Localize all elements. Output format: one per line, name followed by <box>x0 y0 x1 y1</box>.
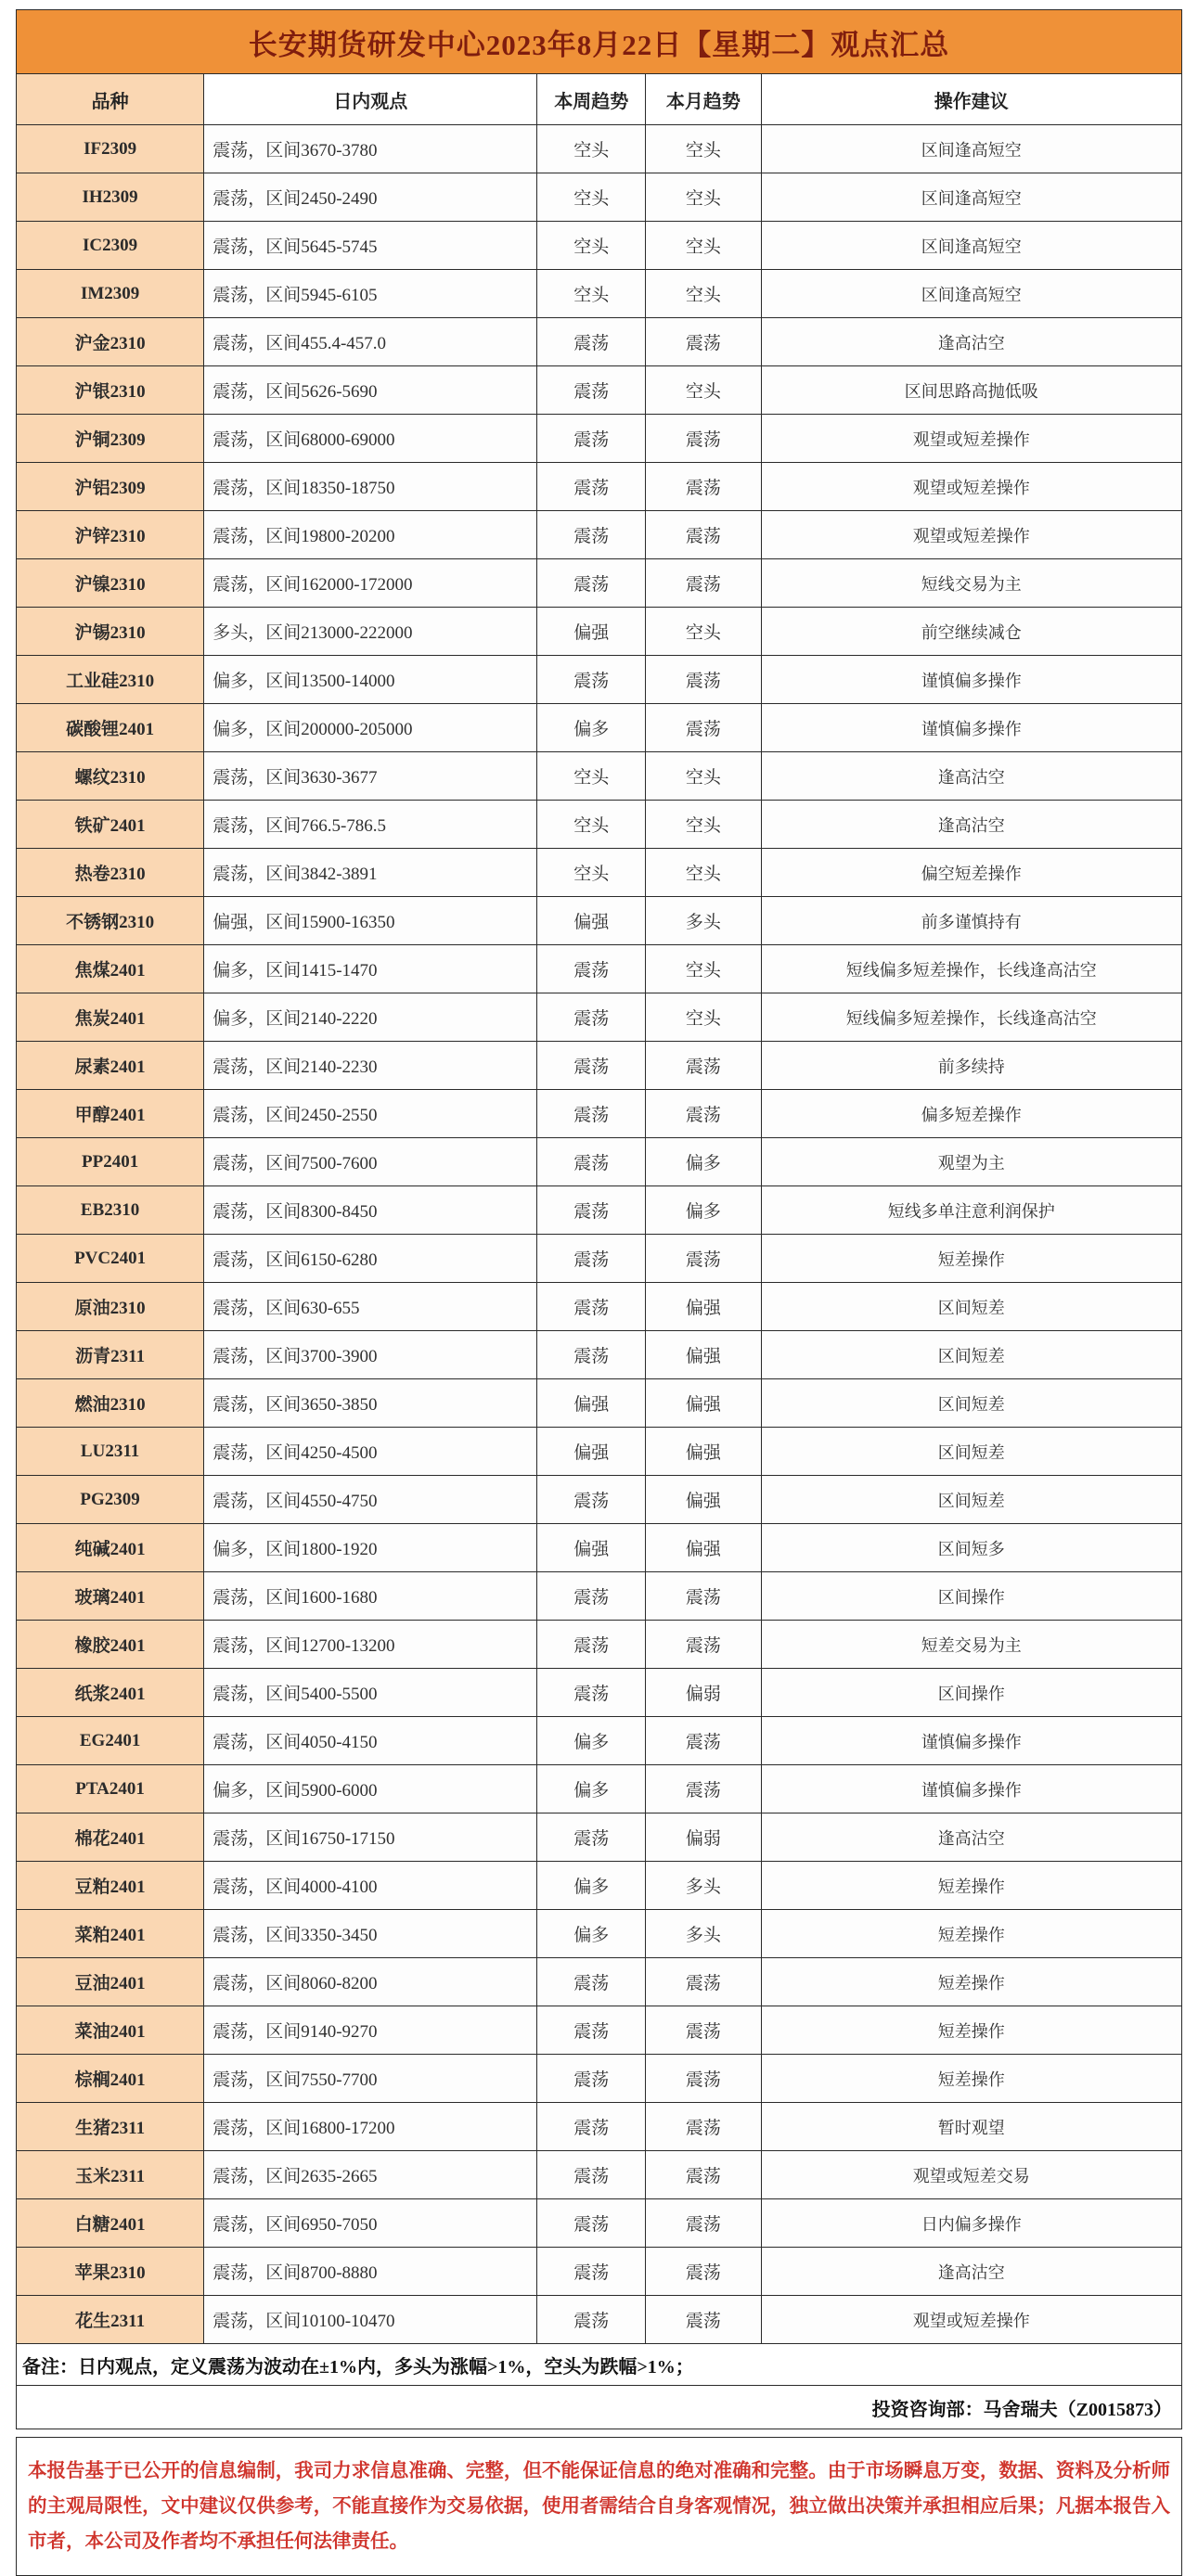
table-row: 工业硅2310偏多，区间13500-14000震荡震荡谨慎偏多操作 <box>17 656 1182 704</box>
table-row: 沪锡2310多头，区间213000-222000偏强空头前空继续减仓 <box>17 608 1182 656</box>
variety-cell: 玉米2311 <box>17 2151 204 2199</box>
week-trend-cell: 震荡 <box>537 366 646 415</box>
week-trend-cell: 空头 <box>537 173 646 222</box>
advice-cell: 谨慎偏多操作 <box>761 656 1181 704</box>
variety-cell: 纯碱2401 <box>17 1524 204 1572</box>
month-trend-cell: 空头 <box>646 993 761 1042</box>
intraday-view-cell: 震荡，区间19800-20200 <box>204 511 537 559</box>
advice-cell: 短差操作 <box>761 2006 1181 2055</box>
advice-cell: 短差操作 <box>761 1862 1181 1910</box>
month-trend-cell: 震荡 <box>646 318 761 366</box>
advice-cell: 逢高沽空 <box>761 2248 1181 2296</box>
week-trend-cell: 空头 <box>537 125 646 173</box>
intraday-view-cell: 震荡，区间16800-17200 <box>204 2103 537 2151</box>
month-trend-cell: 震荡 <box>646 1572 761 1621</box>
variety-cell: 燃油2310 <box>17 1379 204 1428</box>
variety-cell: EB2310 <box>17 1186 204 1235</box>
week-trend-cell: 震荡 <box>537 2055 646 2103</box>
advice-cell: 区间短差 <box>761 1476 1181 1524</box>
week-trend-cell: 震荡 <box>537 2103 646 2151</box>
table-row: IF2309震荡，区间3670-3780空头空头区间逢高短空 <box>17 125 1182 173</box>
variety-cell: 原油2310 <box>17 1283 204 1331</box>
month-trend-cell: 偏强 <box>646 1524 761 1572</box>
intraday-view-cell: 偏多，区间5900-6000 <box>204 1765 537 1813</box>
advice-cell: 日内偏多操作 <box>761 2199 1181 2248</box>
month-trend-cell: 震荡 <box>646 656 761 704</box>
advice-cell: 区间短差 <box>761 1379 1181 1428</box>
intraday-view-cell: 震荡，区间12700-13200 <box>204 1621 537 1669</box>
variety-cell: IH2309 <box>17 173 204 222</box>
month-trend-cell: 震荡 <box>646 2055 761 2103</box>
table-row: IH2309震荡，区间2450-2490空头空头区间逢高短空 <box>17 173 1182 222</box>
table-row: 棕榈2401震荡，区间7550-7700震荡震荡短差操作 <box>17 2055 1182 2103</box>
month-trend-cell: 震荡 <box>646 2296 761 2344</box>
month-trend-cell: 偏强 <box>646 1331 761 1379</box>
intraday-view-cell: 震荡，区间7500-7600 <box>204 1138 537 1186</box>
table-row: 玉米2311震荡，区间2635-2665震荡震荡观望或短差交易 <box>17 2151 1182 2199</box>
advice-cell: 观望或短差操作 <box>761 415 1181 463</box>
month-trend-cell: 偏弱 <box>646 1813 761 1862</box>
advice-cell: 区间短差 <box>761 1331 1181 1379</box>
column-header-month: 本月趋势 <box>646 74 761 125</box>
variety-cell: 沪镍2310 <box>17 559 204 608</box>
advice-cell: 区间短差 <box>761 1428 1181 1476</box>
table-row: 沪镍2310震荡，区间162000-172000震荡震荡短线交易为主 <box>17 559 1182 608</box>
advice-cell: 短差操作 <box>761 2055 1181 2103</box>
title-row: 长安期货研发中心2023年8月22日【星期二】观点汇总 <box>17 10 1182 74</box>
month-trend-cell: 震荡 <box>646 1717 761 1765</box>
advice-cell: 前多续持 <box>761 1042 1181 1090</box>
variety-cell: IC2309 <box>17 222 204 270</box>
advice-cell: 前多谨慎持有 <box>761 897 1181 945</box>
table-row: PVC2401震荡，区间6150-6280震荡震荡短差操作 <box>17 1235 1182 1283</box>
month-trend-cell: 震荡 <box>646 2199 761 2248</box>
week-trend-cell: 震荡 <box>537 559 646 608</box>
week-trend-cell: 偏多 <box>537 1765 646 1813</box>
note-row: 备注：日内观点，定义震荡为波动在±1%内，多头为涨幅>1%，空头为跌幅>1%； <box>17 2344 1182 2386</box>
advice-cell: 区间操作 <box>761 1669 1181 1717</box>
week-trend-cell: 空头 <box>537 222 646 270</box>
intraday-view-cell: 震荡，区间5626-5690 <box>204 366 537 415</box>
advice-cell: 短差操作 <box>761 1958 1181 2006</box>
advice-cell: 短线偏多短差操作，长线逢高沽空 <box>761 993 1181 1042</box>
intraday-view-cell: 震荡，区间3630-3677 <box>204 752 537 801</box>
month-trend-cell: 震荡 <box>646 704 761 752</box>
advice-cell: 区间逢高短空 <box>761 222 1181 270</box>
intraday-view-cell: 震荡，区间9140-9270 <box>204 2006 537 2055</box>
month-trend-cell: 多头 <box>646 1862 761 1910</box>
table-row: IM2309震荡，区间5945-6105空头空头区间逢高短空 <box>17 270 1182 318</box>
month-trend-cell: 震荡 <box>646 415 761 463</box>
variety-cell: EG2401 <box>17 1717 204 1765</box>
table-row: 苹果2310震荡，区间8700-8880震荡震荡逢高沽空 <box>17 2248 1182 2296</box>
advice-cell: 短差操作 <box>761 1910 1181 1958</box>
intraday-view-cell: 震荡，区间4050-4150 <box>204 1717 537 1765</box>
intraday-view-cell: 震荡，区间4000-4100 <box>204 1862 537 1910</box>
intraday-view-cell: 震荡，区间3842-3891 <box>204 849 537 897</box>
intraday-view-cell: 震荡，区间4550-4750 <box>204 1476 537 1524</box>
intraday-view-cell: 震荡，区间16750-17150 <box>204 1813 537 1862</box>
advice-cell: 观望或短差交易 <box>761 2151 1181 2199</box>
intraday-view-cell: 震荡，区间4250-4500 <box>204 1428 537 1476</box>
month-trend-cell: 偏强 <box>646 1428 761 1476</box>
variety-cell: 白糖2401 <box>17 2199 204 2248</box>
variety-cell: 棕榈2401 <box>17 2055 204 2103</box>
month-trend-cell: 震荡 <box>646 2248 761 2296</box>
table-row: PTA2401偏多，区间5900-6000偏多震荡谨慎偏多操作 <box>17 1765 1182 1813</box>
intraday-view-cell: 震荡，区间8060-8200 <box>204 1958 537 2006</box>
variety-cell: 沪铝2309 <box>17 463 204 511</box>
week-trend-cell: 震荡 <box>537 1958 646 2006</box>
advice-cell: 短差操作 <box>761 1235 1181 1283</box>
variety-cell: 苹果2310 <box>17 2248 204 2296</box>
table-row: PP2401震荡，区间7500-7600震荡偏多观望为主 <box>17 1138 1182 1186</box>
month-trend-cell: 偏强 <box>646 1379 761 1428</box>
advice-cell: 短差交易为主 <box>761 1621 1181 1669</box>
intraday-view-cell: 多头，区间213000-222000 <box>204 608 537 656</box>
table-row: 甲醇2401震荡，区间2450-2550震荡震荡偏多短差操作 <box>17 1090 1182 1138</box>
variety-cell: PTA2401 <box>17 1765 204 1813</box>
advice-cell: 谨慎偏多操作 <box>761 1765 1181 1813</box>
variety-cell: 棉花2401 <box>17 1813 204 1862</box>
advice-cell: 区间短差 <box>761 1283 1181 1331</box>
advice-cell: 观望为主 <box>761 1138 1181 1186</box>
advice-cell: 区间逢高短空 <box>761 270 1181 318</box>
variety-cell: 玻璃2401 <box>17 1572 204 1621</box>
variety-cell: 沪锡2310 <box>17 608 204 656</box>
variety-cell: 沪铜2309 <box>17 415 204 463</box>
variety-cell: 螺纹2310 <box>17 752 204 801</box>
variety-cell: 沪银2310 <box>17 366 204 415</box>
month-trend-cell: 震荡 <box>646 463 761 511</box>
week-trend-cell: 震荡 <box>537 2006 646 2055</box>
table-row: 焦炭2401偏多，区间2140-2220震荡空头短线偏多短差操作，长线逢高沽空 <box>17 993 1182 1042</box>
intraday-view-cell: 震荡，区间6950-7050 <box>204 2199 537 2248</box>
intraday-view-cell: 震荡，区间2635-2665 <box>204 2151 537 2199</box>
variety-cell: 铁矿2401 <box>17 801 204 849</box>
month-trend-cell: 空头 <box>646 849 761 897</box>
advice-cell: 暂时观望 <box>761 2103 1181 2151</box>
table-row: 螺纹2310震荡，区间3630-3677空头空头逢高沽空 <box>17 752 1182 801</box>
week-trend-cell: 震荡 <box>537 1235 646 1283</box>
month-trend-cell: 震荡 <box>646 1958 761 2006</box>
intraday-view-cell: 偏强，区间15900-16350 <box>204 897 537 945</box>
month-trend-cell: 空头 <box>646 801 761 849</box>
variety-cell: IM2309 <box>17 270 204 318</box>
month-trend-cell: 震荡 <box>646 1765 761 1813</box>
intraday-view-cell: 震荡，区间766.5-786.5 <box>204 801 537 849</box>
table-row: 沪银2310震荡，区间5626-5690震荡空头区间思路高抛低吸 <box>17 366 1182 415</box>
week-trend-cell: 空头 <box>537 270 646 318</box>
table-row: 菜油2401震荡，区间9140-9270震荡震荡短差操作 <box>17 2006 1182 2055</box>
intraday-view-cell: 震荡，区间2450-2550 <box>204 1090 537 1138</box>
variety-cell: 沪锌2310 <box>17 511 204 559</box>
viewpoint-summary-table: 长安期货研发中心2023年8月22日【星期二】观点汇总 品种 日内观点 本周趋势… <box>16 9 1182 2429</box>
month-trend-cell: 空头 <box>646 366 761 415</box>
variety-cell: PVC2401 <box>17 1235 204 1283</box>
intraday-view-cell: 震荡，区间6150-6280 <box>204 1235 537 1283</box>
week-trend-cell: 震荡 <box>537 1572 646 1621</box>
intraday-view-cell: 偏多，区间1415-1470 <box>204 945 537 993</box>
disclaimer-box: 本报告基于已公开的信息编制，我司力求信息准确、完整，但不能保证信息的绝对准确和完… <box>16 2437 1182 2576</box>
variety-cell: 沪金2310 <box>17 318 204 366</box>
intraday-view-cell: 震荡，区间162000-172000 <box>204 559 537 608</box>
table-row: 沪铜2309震荡，区间68000-69000震荡震荡观望或短差操作 <box>17 415 1182 463</box>
advice-cell: 观望或短差操作 <box>761 511 1181 559</box>
month-trend-cell: 震荡 <box>646 1042 761 1090</box>
table-row: EG2401震荡，区间4050-4150偏多震荡谨慎偏多操作 <box>17 1717 1182 1765</box>
week-trend-cell: 震荡 <box>537 1331 646 1379</box>
intraday-view-cell: 震荡，区间3350-3450 <box>204 1910 537 1958</box>
variety-cell: PG2309 <box>17 1476 204 1524</box>
variety-cell: 热卷2310 <box>17 849 204 897</box>
week-trend-cell: 震荡 <box>537 1090 646 1138</box>
month-trend-cell: 多头 <box>646 1910 761 1958</box>
week-trend-cell: 偏多 <box>537 1717 646 1765</box>
week-trend-cell: 偏多 <box>537 1862 646 1910</box>
month-trend-cell: 多头 <box>646 897 761 945</box>
week-trend-cell: 震荡 <box>537 1138 646 1186</box>
variety-cell: 菜粕2401 <box>17 1910 204 1958</box>
advice-cell: 短线交易为主 <box>761 559 1181 608</box>
table-body: IF2309震荡，区间3670-3780空头空头区间逢高短空IH2309震荡，区… <box>17 125 1182 2344</box>
advisor-row: 投资咨询部：马舍瑞夫（Z0015873） <box>17 2386 1182 2429</box>
header-row: 品种 日内观点 本周趋势 本月趋势 操作建议 <box>17 74 1182 125</box>
report-sheet: 长安期货研发中心2023年8月22日【星期二】观点汇总 品种 日内观点 本周趋势… <box>16 9 1182 2576</box>
advice-cell: 逢高沽空 <box>761 801 1181 849</box>
disclaimer-text: 本报告基于已公开的信息编制，我司力求信息准确、完整，但不能保证信息的绝对准确和完… <box>28 2454 1170 2560</box>
page-title: 长安期货研发中心2023年8月22日【星期二】观点汇总 <box>17 10 1182 74</box>
table-row: EB2310震荡，区间8300-8450震荡偏多短线多单注意利润保护 <box>17 1186 1182 1235</box>
table-row: 玻璃2401震荡，区间1600-1680震荡震荡区间操作 <box>17 1572 1182 1621</box>
week-trend-cell: 震荡 <box>537 1186 646 1235</box>
intraday-view-cell: 震荡，区间3670-3780 <box>204 125 537 173</box>
advice-cell: 区间短多 <box>761 1524 1181 1572</box>
variety-cell: 花生2311 <box>17 2296 204 2344</box>
intraday-view-cell: 偏多，区间200000-205000 <box>204 704 537 752</box>
week-trend-cell: 偏强 <box>537 897 646 945</box>
advisor-text: 投资咨询部：马舍瑞夫（Z0015873） <box>17 2386 1182 2429</box>
table-row: 热卷2310震荡，区间3842-3891空头空头偏空短差操作 <box>17 849 1182 897</box>
intraday-view-cell: 震荡，区间5945-6105 <box>204 270 537 318</box>
week-trend-cell: 偏强 <box>537 1524 646 1572</box>
table-row: PG2309震荡，区间4550-4750震荡偏强区间短差 <box>17 1476 1182 1524</box>
table-row: 焦煤2401偏多，区间1415-1470震荡空头短线偏多短差操作，长线逢高沽空 <box>17 945 1182 993</box>
week-trend-cell: 震荡 <box>537 463 646 511</box>
month-trend-cell: 偏多 <box>646 1138 761 1186</box>
variety-cell: 甲醇2401 <box>17 1090 204 1138</box>
table-row: 沥青2311震荡，区间3700-3900震荡偏强区间短差 <box>17 1331 1182 1379</box>
variety-cell: 菜油2401 <box>17 2006 204 2055</box>
month-trend-cell: 偏多 <box>646 1186 761 1235</box>
week-trend-cell: 震荡 <box>537 2248 646 2296</box>
month-trend-cell: 偏弱 <box>646 1669 761 1717</box>
intraday-view-cell: 震荡，区间68000-69000 <box>204 415 537 463</box>
variety-cell: 纸浆2401 <box>17 1669 204 1717</box>
advice-cell: 观望或短差操作 <box>761 2296 1181 2344</box>
month-trend-cell: 震荡 <box>646 2151 761 2199</box>
table-row: 棉花2401震荡，区间16750-17150震荡偏弱逢高沽空 <box>17 1813 1182 1862</box>
month-trend-cell: 震荡 <box>646 2006 761 2055</box>
advice-cell: 观望或短差操作 <box>761 463 1181 511</box>
week-trend-cell: 偏强 <box>537 608 646 656</box>
table-row: 原油2310震荡，区间630-655震荡偏强区间短差 <box>17 1283 1182 1331</box>
week-trend-cell: 震荡 <box>537 1669 646 1717</box>
intraday-view-cell: 震荡，区间1600-1680 <box>204 1572 537 1621</box>
intraday-view-cell: 震荡，区间2450-2490 <box>204 173 537 222</box>
variety-cell: 豆粕2401 <box>17 1862 204 1910</box>
week-trend-cell: 震荡 <box>537 415 646 463</box>
table-row: 橡胶2401震荡，区间12700-13200震荡震荡短差交易为主 <box>17 1621 1182 1669</box>
column-header-week: 本周趋势 <box>537 74 646 125</box>
week-trend-cell: 震荡 <box>537 945 646 993</box>
advice-cell: 短线偏多短差操作，长线逢高沽空 <box>761 945 1181 993</box>
month-trend-cell: 空头 <box>646 125 761 173</box>
advice-cell: 逢高沽空 <box>761 752 1181 801</box>
week-trend-cell: 偏多 <box>537 704 646 752</box>
variety-cell: 橡胶2401 <box>17 1621 204 1669</box>
table-row: 花生2311震荡，区间10100-10470震荡震荡观望或短差操作 <box>17 2296 1182 2344</box>
intraday-view-cell: 震荡，区间8700-8880 <box>204 2248 537 2296</box>
week-trend-cell: 震荡 <box>537 318 646 366</box>
variety-cell: LU2311 <box>17 1428 204 1476</box>
advice-cell: 区间逢高短空 <box>761 125 1181 173</box>
table-row: 菜粕2401震荡，区间3350-3450偏多多头短差操作 <box>17 1910 1182 1958</box>
month-trend-cell: 空头 <box>646 222 761 270</box>
week-trend-cell: 空头 <box>537 752 646 801</box>
variety-cell: PP2401 <box>17 1138 204 1186</box>
variety-cell: 生猪2311 <box>17 2103 204 2151</box>
variety-cell: IF2309 <box>17 125 204 173</box>
table-row: LU2311震荡，区间4250-4500偏强偏强区间短差 <box>17 1428 1182 1476</box>
table-row: 纸浆2401震荡，区间5400-5500震荡偏弱区间操作 <box>17 1669 1182 1717</box>
week-trend-cell: 偏强 <box>537 1428 646 1476</box>
intraday-view-cell: 震荡，区间18350-18750 <box>204 463 537 511</box>
intraday-view-cell: 震荡，区间2140-2230 <box>204 1042 537 1090</box>
month-trend-cell: 震荡 <box>646 2103 761 2151</box>
month-trend-cell: 空头 <box>646 945 761 993</box>
table-row: 豆粕2401震荡，区间4000-4100偏多多头短差操作 <box>17 1862 1182 1910</box>
month-trend-cell: 空头 <box>646 608 761 656</box>
variety-cell: 碳酸锂2401 <box>17 704 204 752</box>
advice-cell: 偏多短差操作 <box>761 1090 1181 1138</box>
note-text: 备注：日内观点，定义震荡为波动在±1%内，多头为涨幅>1%，空头为跌幅>1%； <box>17 2344 1182 2386</box>
table-row: 燃油2310震荡，区间3650-3850偏强偏强区间短差 <box>17 1379 1182 1428</box>
variety-cell: 不锈钢2310 <box>17 897 204 945</box>
month-trend-cell: 空头 <box>646 752 761 801</box>
week-trend-cell: 空头 <box>537 801 646 849</box>
intraday-view-cell: 震荡，区间8300-8450 <box>204 1186 537 1235</box>
column-header-variety: 品种 <box>17 74 204 125</box>
advice-cell: 区间逢高短空 <box>761 173 1181 222</box>
intraday-view-cell: 震荡，区间630-655 <box>204 1283 537 1331</box>
week-trend-cell: 震荡 <box>537 656 646 704</box>
month-trend-cell: 偏强 <box>646 1283 761 1331</box>
table-row: IC2309震荡，区间5645-5745空头空头区间逢高短空 <box>17 222 1182 270</box>
week-trend-cell: 偏多 <box>537 1910 646 1958</box>
week-trend-cell: 震荡 <box>537 1283 646 1331</box>
intraday-view-cell: 震荡，区间3700-3900 <box>204 1331 537 1379</box>
intraday-view-cell: 震荡，区间455.4-457.0 <box>204 318 537 366</box>
week-trend-cell: 震荡 <box>537 1813 646 1862</box>
week-trend-cell: 空头 <box>537 849 646 897</box>
advice-cell: 区间思路高抛低吸 <box>761 366 1181 415</box>
week-trend-cell: 震荡 <box>537 1476 646 1524</box>
advice-cell: 前空继续减仓 <box>761 608 1181 656</box>
table-row: 铁矿2401震荡，区间766.5-786.5空头空头逢高沽空 <box>17 801 1182 849</box>
variety-cell: 沥青2311 <box>17 1331 204 1379</box>
month-trend-cell: 震荡 <box>646 1090 761 1138</box>
table-row: 沪锌2310震荡，区间19800-20200震荡震荡观望或短差操作 <box>17 511 1182 559</box>
advice-cell: 区间操作 <box>761 1572 1181 1621</box>
intraday-view-cell: 震荡，区间5400-5500 <box>204 1669 537 1717</box>
month-trend-cell: 震荡 <box>646 1621 761 1669</box>
advice-cell: 逢高沽空 <box>761 318 1181 366</box>
week-trend-cell: 震荡 <box>537 1042 646 1090</box>
month-trend-cell: 偏强 <box>646 1476 761 1524</box>
column-header-advice: 操作建议 <box>761 74 1181 125</box>
intraday-view-cell: 偏多，区间2140-2220 <box>204 993 537 1042</box>
table-row: 沪铝2309震荡，区间18350-18750震荡震荡观望或短差操作 <box>17 463 1182 511</box>
table-row: 豆油2401震荡，区间8060-8200震荡震荡短差操作 <box>17 1958 1182 2006</box>
advice-cell: 谨慎偏多操作 <box>761 1717 1181 1765</box>
month-trend-cell: 震荡 <box>646 511 761 559</box>
table-row: 碳酸锂2401偏多，区间200000-205000偏多震荡谨慎偏多操作 <box>17 704 1182 752</box>
advice-cell: 偏空短差操作 <box>761 849 1181 897</box>
intraday-view-cell: 偏多，区间13500-14000 <box>204 656 537 704</box>
table-row: 白糖2401震荡，区间6950-7050震荡震荡日内偏多操作 <box>17 2199 1182 2248</box>
column-header-intraday: 日内观点 <box>204 74 537 125</box>
week-trend-cell: 震荡 <box>537 2151 646 2199</box>
month-trend-cell: 震荡 <box>646 1235 761 1283</box>
week-trend-cell: 震荡 <box>537 1621 646 1669</box>
variety-cell: 尿素2401 <box>17 1042 204 1090</box>
month-trend-cell: 空头 <box>646 270 761 318</box>
advice-cell: 逢高沽空 <box>761 1813 1181 1862</box>
intraday-view-cell: 震荡，区间5645-5745 <box>204 222 537 270</box>
month-trend-cell: 震荡 <box>646 559 761 608</box>
intraday-view-cell: 震荡，区间7550-7700 <box>204 2055 537 2103</box>
week-trend-cell: 震荡 <box>537 993 646 1042</box>
table-row: 生猪2311震荡，区间16800-17200震荡震荡暂时观望 <box>17 2103 1182 2151</box>
advice-cell: 短线多单注意利润保护 <box>761 1186 1181 1235</box>
week-trend-cell: 震荡 <box>537 511 646 559</box>
variety-cell: 工业硅2310 <box>17 656 204 704</box>
week-trend-cell: 偏强 <box>537 1379 646 1428</box>
variety-cell: 焦煤2401 <box>17 945 204 993</box>
table-row: 尿素2401震荡，区间2140-2230震荡震荡前多续持 <box>17 1042 1182 1090</box>
intraday-view-cell: 震荡，区间3650-3850 <box>204 1379 537 1428</box>
advice-cell: 谨慎偏多操作 <box>761 704 1181 752</box>
intraday-view-cell: 震荡，区间10100-10470 <box>204 2296 537 2344</box>
month-trend-cell: 空头 <box>646 173 761 222</box>
variety-cell: 豆油2401 <box>17 1958 204 2006</box>
table-row: 沪金2310震荡，区间455.4-457.0震荡震荡逢高沽空 <box>17 318 1182 366</box>
table-row: 不锈钢2310偏强，区间15900-16350偏强多头前多谨慎持有 <box>17 897 1182 945</box>
week-trend-cell: 震荡 <box>537 2296 646 2344</box>
week-trend-cell: 震荡 <box>537 2199 646 2248</box>
intraday-view-cell: 偏多，区间1800-1920 <box>204 1524 537 1572</box>
variety-cell: 焦炭2401 <box>17 993 204 1042</box>
table-row: 纯碱2401偏多，区间1800-1920偏强偏强区间短多 <box>17 1524 1182 1572</box>
